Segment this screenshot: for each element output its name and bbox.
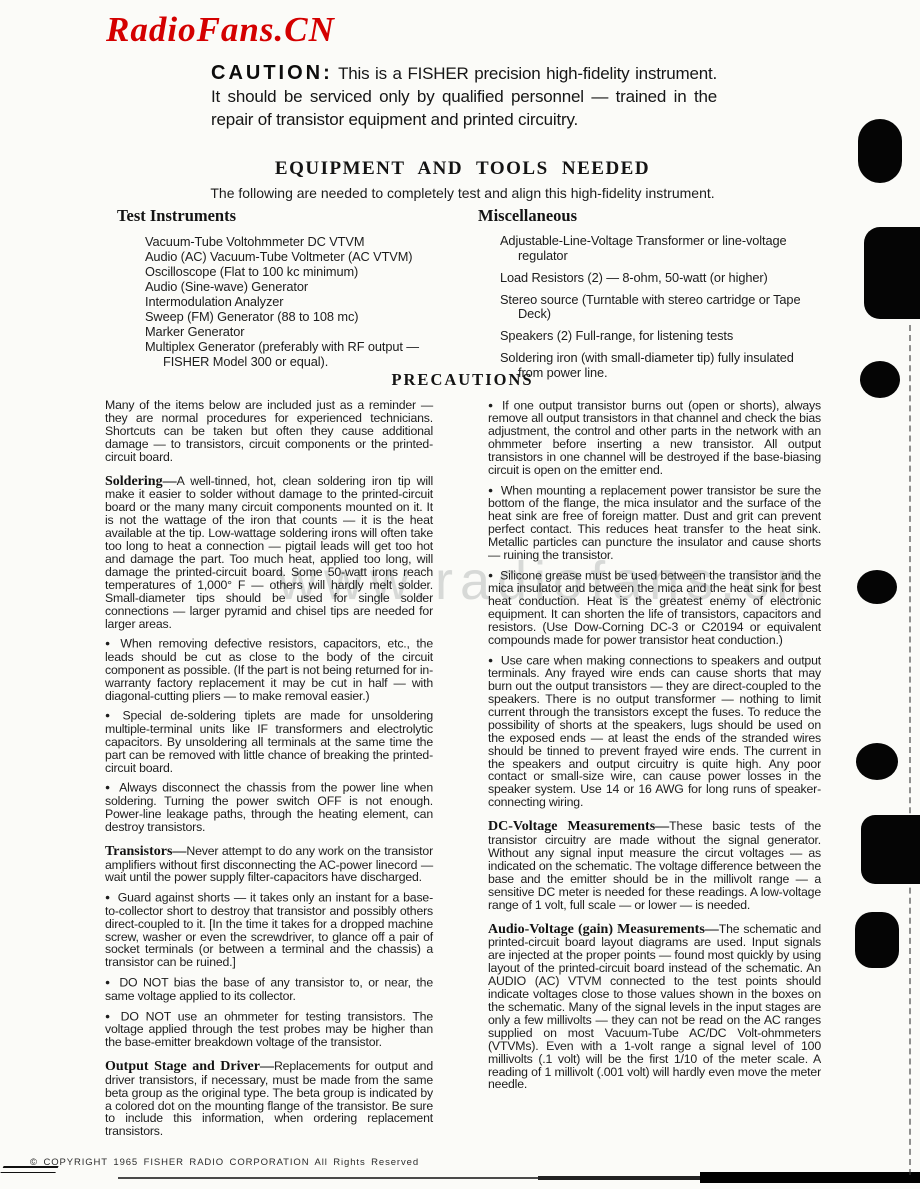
list-item: Sweep (FM) Generator (88 to 108 mc): [145, 309, 457, 324]
bullet-icon: ●: [105, 892, 111, 902]
equipment-section-title: EQUIPMENT AND TOOLS NEEDED: [105, 158, 820, 180]
bullet-paragraph: ●Use care when making connections to spe…: [488, 654, 821, 809]
list-item: Oscilloscope (Flat to 100 kc minimum): [145, 264, 457, 279]
registration-mark: [855, 912, 899, 968]
list-item: Audio (AC) Vacuum-Tube Voltmeter (AC VTV…: [145, 249, 457, 264]
miscellaneous-column: Miscellaneous Adjustable-Line-Voltage Tr…: [478, 206, 818, 388]
list-item: Vacuum-Tube Voltohmmeter DC VTVM: [145, 234, 457, 249]
bullet-icon: ●: [488, 655, 494, 665]
registration-mark: [860, 361, 900, 398]
bullet-paragraph: ●Always disconnect the chassis from the …: [105, 781, 433, 833]
miscellaneous-title: Miscellaneous: [478, 206, 818, 226]
bullet-paragraph: ●If one output transistor burns out (ope…: [488, 399, 821, 477]
radiofans-logo: RadioFans.CN: [106, 10, 335, 50]
bottom-rule-thick: [700, 1172, 920, 1183]
paragraph: Audio-Voltage (gain) Measurements—The sc…: [488, 923, 821, 1092]
test-instruments-title: Test Instruments: [117, 206, 457, 226]
paragraph: Soldering—A well-tinned, hot, clean sold…: [105, 475, 433, 631]
registration-mark: [857, 570, 897, 604]
caution-paragraph: CAUTION: This is a FISHER precision high…: [211, 62, 717, 131]
bullet-paragraph: ●When removing defective resistors, capa…: [105, 637, 433, 702]
registration-mark: [861, 815, 920, 884]
bottom-rule-thin: [118, 1177, 538, 1179]
test-instruments-column: Test Instruments Vacuum-Tube Voltohmmete…: [117, 206, 457, 369]
bullet-icon: ●: [105, 638, 113, 648]
precautions-left-column: Many of the items below are included jus…: [105, 399, 433, 1145]
bullet-paragraph: ●DO NOT use an ohmmeter for testing tran…: [105, 1010, 433, 1049]
test-instruments-list: Vacuum-Tube Voltohmmeter DC VTVMAudio (A…: [117, 234, 457, 369]
miscellaneous-list: Adjustable-Line-Voltage Transformer or l…: [478, 234, 818, 380]
bullet-paragraph: ●Guard against shorts — it takes only an…: [105, 891, 433, 969]
paragraph: Many of the items below are included jus…: [105, 399, 433, 464]
registration-mark: [856, 743, 898, 780]
bullet-paragraph: ●When mounting a replacement power trans…: [488, 484, 821, 562]
list-item: Audio (Sine-wave) Generator: [145, 279, 457, 294]
bullet-icon: ●: [105, 710, 115, 720]
bullet-paragraph: ●DO NOT bias the base of any transistor …: [105, 976, 433, 1002]
paragraph-lead: Soldering—: [105, 474, 177, 489]
paragraph-lead: Audio-Voltage (gain) Measurements—: [488, 922, 719, 937]
bullet-icon: ●: [105, 782, 112, 792]
paragraph-lead: Output Stage and Driver—: [105, 1059, 274, 1074]
list-item: Load Resistors (2) — 8-ohm, 50-watt (or …: [500, 271, 818, 286]
list-item: Stereo source (Turntable with stereo car…: [500, 293, 818, 322]
paragraph: DC-Voltage Measurements—These basic test…: [488, 820, 821, 911]
bullet-icon: ●: [105, 977, 112, 987]
caution-label: CAUTION:: [211, 62, 333, 84]
bullet-icon: ●: [488, 485, 494, 495]
precautions-section-title: PRECAUTIONS: [105, 370, 820, 390]
bottom-rule-mid: [538, 1176, 703, 1180]
bullet-icon: ●: [488, 570, 493, 580]
registration-mark: [858, 119, 902, 183]
bullet-paragraph: ●Special de-soldering tiplets are made f…: [105, 709, 433, 774]
bullet-icon: ●: [105, 1011, 114, 1021]
list-item: Marker Generator: [145, 324, 457, 339]
paragraph: Output Stage and Driver—Replacements for…: [105, 1060, 433, 1138]
equipment-section-subtitle: The following are needed to completely t…: [105, 185, 820, 201]
list-item: Multiplex Generator (preferably with RF …: [145, 339, 457, 369]
paragraph-lead: DC-Voltage Measurements—: [488, 819, 669, 834]
service-manual-page: RadioFans.CN www.radiofans.cn CAUTION: T…: [0, 0, 920, 1189]
scan-artifact-mark: [0, 1166, 58, 1173]
paragraph-lead: Transistors—: [105, 844, 186, 859]
paragraph: Transistors—Never attempt to do any work…: [105, 845, 433, 885]
list-item: Adjustable-Line-Voltage Transformer or l…: [500, 234, 818, 263]
list-item: Speakers (2) Full-range, for listening t…: [500, 329, 818, 344]
registration-mark: [864, 227, 920, 319]
bullet-icon: ●: [488, 400, 495, 410]
bullet-paragraph: ●Silicone grease must be used between th…: [488, 569, 821, 647]
list-item: Intermodulation Analyzer: [145, 294, 457, 309]
edge-dashed-line: [909, 325, 911, 1175]
precautions-right-column: ●If one output transistor burns out (ope…: [488, 399, 821, 1098]
copyright-line: © COPYRIGHT 1965 FISHER RADIO CORPORATIO…: [30, 1157, 419, 1168]
